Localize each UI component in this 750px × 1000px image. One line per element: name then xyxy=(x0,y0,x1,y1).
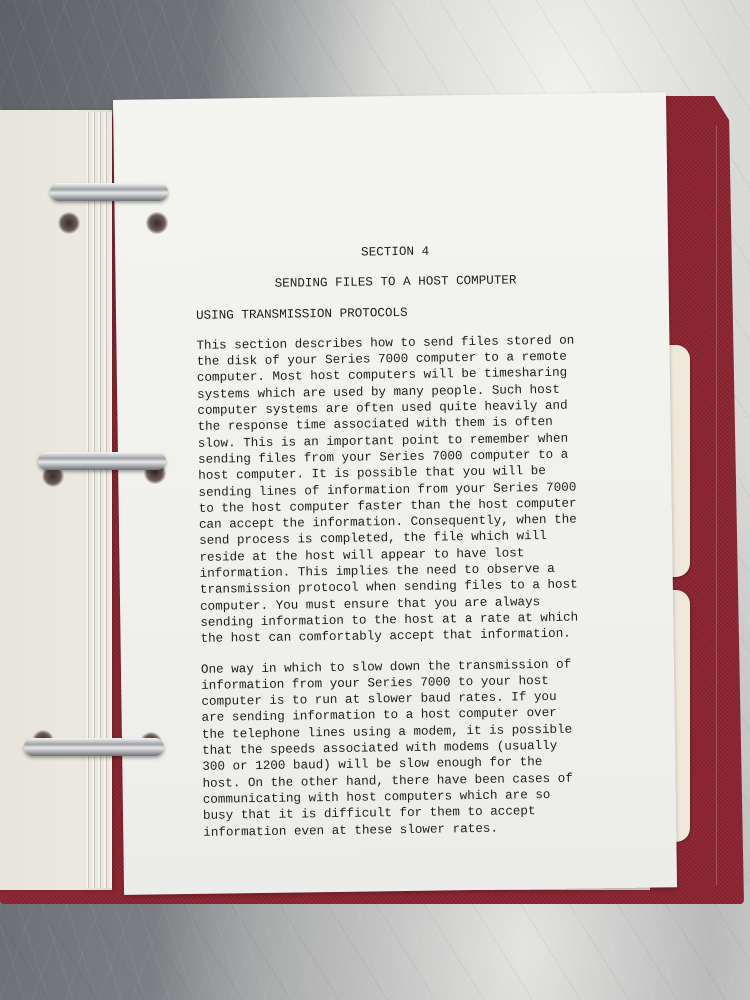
manual-page: SECTION 4 SENDING FILES TO A HOST COMPUT… xyxy=(113,92,677,895)
page-edges xyxy=(86,112,112,888)
ring-hole-left-top xyxy=(58,212,80,234)
section-number: SECTION 4 xyxy=(195,241,595,263)
binder-stitch-line xyxy=(716,125,717,885)
binder-ring-bottom xyxy=(24,738,164,756)
section-title: SENDING FILES TO A HOST COMPUTER xyxy=(195,272,595,294)
binder-ring-top xyxy=(50,183,168,201)
subheading: USING TRANSMISSION PROTOCOLS xyxy=(196,302,596,324)
paragraph-1: This section describes how to send files… xyxy=(196,332,600,647)
paragraph-2: One way in which to slow down the transm… xyxy=(201,656,603,841)
page-text: SECTION 4 SENDING FILES TO A HOST COMPUT… xyxy=(195,241,603,854)
ring-hole-right-top xyxy=(146,212,168,234)
binder-ring-middle xyxy=(38,452,166,470)
